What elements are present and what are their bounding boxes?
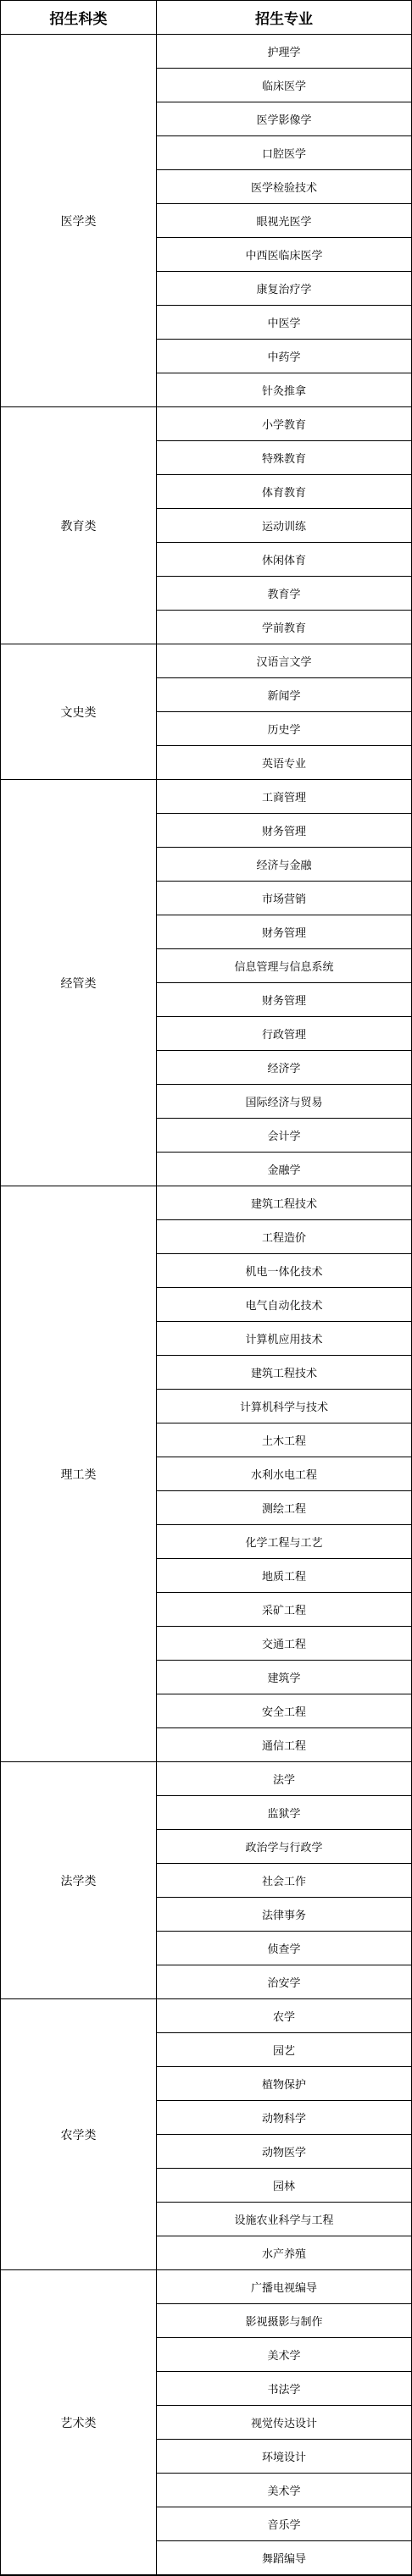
- table-row: 理工类建筑工程技术: [1, 1186, 412, 1220]
- major-cell: 口腔医学: [157, 136, 412, 170]
- major-cell: 机电一体化技术: [157, 1254, 412, 1288]
- major-cell: 水利水电工程: [157, 1457, 412, 1491]
- major-cell: 小学教育: [157, 407, 412, 441]
- major-cell: 英语专业: [157, 746, 412, 780]
- major-cell: 眼视光医学: [157, 204, 412, 238]
- major-cell: 建筑工程技术: [157, 1356, 412, 1390]
- major-cell: 动物科学: [157, 2101, 412, 2135]
- major-cell: 财务管理: [157, 814, 412, 848]
- table-row: 教育类小学教育: [1, 407, 412, 441]
- major-cell: 运动训练: [157, 509, 412, 543]
- major-cell: 休闲体育: [157, 543, 412, 577]
- major-cell: 建筑工程技术: [157, 1186, 412, 1220]
- table-header: 招生科类 招生专业: [1, 1, 412, 35]
- category-cell: 文史类: [1, 644, 157, 780]
- major-cell: 法学: [157, 1762, 412, 1796]
- major-cell: 财务管理: [157, 983, 412, 1017]
- major-cell: 体育教育: [157, 475, 412, 509]
- major-cell: 动物医学: [157, 2135, 412, 2169]
- major-cell: 地质工程: [157, 1559, 412, 1593]
- major-cell: 通信工程: [157, 1728, 412, 1762]
- header-cell-major: 招生专业: [157, 1, 412, 35]
- major-cell: 汉语言文学: [157, 644, 412, 678]
- major-cell: 工商管理: [157, 780, 412, 814]
- enrollment-table: 招生科类 招生专业 医学类护理学临床医学医学影像学口腔医学医学检验技术眼视光医学…: [0, 0, 412, 2576]
- category-cell: 经管类: [1, 780, 157, 1186]
- major-cell: 广播电视编导: [157, 2270, 412, 2304]
- major-cell: 治安学: [157, 1965, 412, 1999]
- table-row: 文史类汉语言文学: [1, 644, 412, 678]
- major-cell: 建筑学: [157, 1661, 412, 1694]
- category-cell: 艺术类: [1, 2270, 157, 2576]
- category-cell: 教育类: [1, 407, 157, 644]
- major-cell: 设施农业科学与工程: [157, 2203, 412, 2236]
- major-cell: 农学: [157, 1999, 412, 2033]
- major-cell: 中药学: [157, 340, 412, 373]
- major-cell: 园艺: [157, 2033, 412, 2067]
- major-cell: 经济与金融: [157, 848, 412, 882]
- major-cell: 护理学: [157, 35, 412, 69]
- header-row: 招生科类 招生专业: [1, 1, 412, 35]
- major-cell: 政治学与行政学: [157, 1830, 412, 1864]
- major-cell: 工程造价: [157, 1220, 412, 1254]
- major-cell: 侦查学: [157, 1932, 412, 1965]
- major-cell: 学前教育: [157, 611, 412, 644]
- major-cell: 测绘工程: [157, 1491, 412, 1525]
- table-row: 经管类工商管理: [1, 780, 412, 814]
- major-cell: 市场营销: [157, 882, 412, 915]
- major-cell: 临床医学: [157, 69, 412, 102]
- major-cell: 采矿工程: [157, 1593, 412, 1627]
- table-row: 艺术类广播电视编导: [1, 2270, 412, 2304]
- major-cell: 化学工程与工艺: [157, 1525, 412, 1559]
- major-cell: 电气自动化技术: [157, 1288, 412, 1322]
- major-cell: 财务管理: [157, 915, 412, 949]
- major-cell: 医学影像学: [157, 102, 412, 136]
- major-cell: 交通工程: [157, 1627, 412, 1661]
- major-cell: 影视摄影与制作: [157, 2304, 412, 2338]
- major-cell: 音乐学: [157, 2507, 412, 2541]
- major-cell: 植物保护: [157, 2067, 412, 2101]
- major-cell: 康复治疗学: [157, 272, 412, 306]
- major-cell: 计算机应用技术: [157, 1322, 412, 1356]
- major-cell: 教育学: [157, 577, 412, 611]
- major-cell: 新闻学: [157, 678, 412, 712]
- major-cell: 安全工程: [157, 1694, 412, 1728]
- major-cell: 特殊教育: [157, 441, 412, 475]
- major-cell: 土木工程: [157, 1423, 412, 1457]
- major-cell: 信息管理与信息系统: [157, 949, 412, 983]
- major-cell: 美术学: [157, 2338, 412, 2372]
- major-cell: 中医学: [157, 306, 412, 340]
- major-cell: 视觉传达设计: [157, 2406, 412, 2440]
- major-cell: 医学检验技术: [157, 170, 412, 204]
- major-cell: 环境设计: [157, 2440, 412, 2474]
- major-cell: 社会工作: [157, 1864, 412, 1898]
- major-cell: 行政管理: [157, 1017, 412, 1051]
- major-cell: 园林: [157, 2169, 412, 2203]
- major-cell: 针灸推拿: [157, 373, 412, 407]
- major-cell: 监狱学: [157, 1796, 412, 1830]
- major-cell: 美术学: [157, 2474, 412, 2507]
- category-cell: 理工类: [1, 1186, 157, 1762]
- major-cell: 舞蹈编导: [157, 2541, 412, 2576]
- major-cell: 水产养殖: [157, 2236, 412, 2270]
- table-row: 医学类护理学: [1, 35, 412, 69]
- major-cell: 国际经济与贸易: [157, 1085, 412, 1119]
- major-cell: 金融学: [157, 1153, 412, 1186]
- table-row: 法学类法学: [1, 1762, 412, 1796]
- table-row: 农学类农学: [1, 1999, 412, 2033]
- major-cell: 法律事务: [157, 1898, 412, 1932]
- major-cell: 会计学: [157, 1119, 412, 1153]
- major-cell: 历史学: [157, 712, 412, 746]
- major-cell: 计算机科学与技术: [157, 1390, 412, 1423]
- category-cell: 医学类: [1, 35, 157, 407]
- category-cell: 法学类: [1, 1762, 157, 1999]
- header-cell-category: 招生科类: [1, 1, 157, 35]
- major-cell: 经济学: [157, 1051, 412, 1085]
- category-cell: 农学类: [1, 1999, 157, 2270]
- table-body: 医学类护理学临床医学医学影像学口腔医学医学检验技术眼视光医学中西医临床医学康复治…: [1, 35, 412, 2576]
- major-cell: 中西医临床医学: [157, 238, 412, 272]
- major-cell: 书法学: [157, 2372, 412, 2406]
